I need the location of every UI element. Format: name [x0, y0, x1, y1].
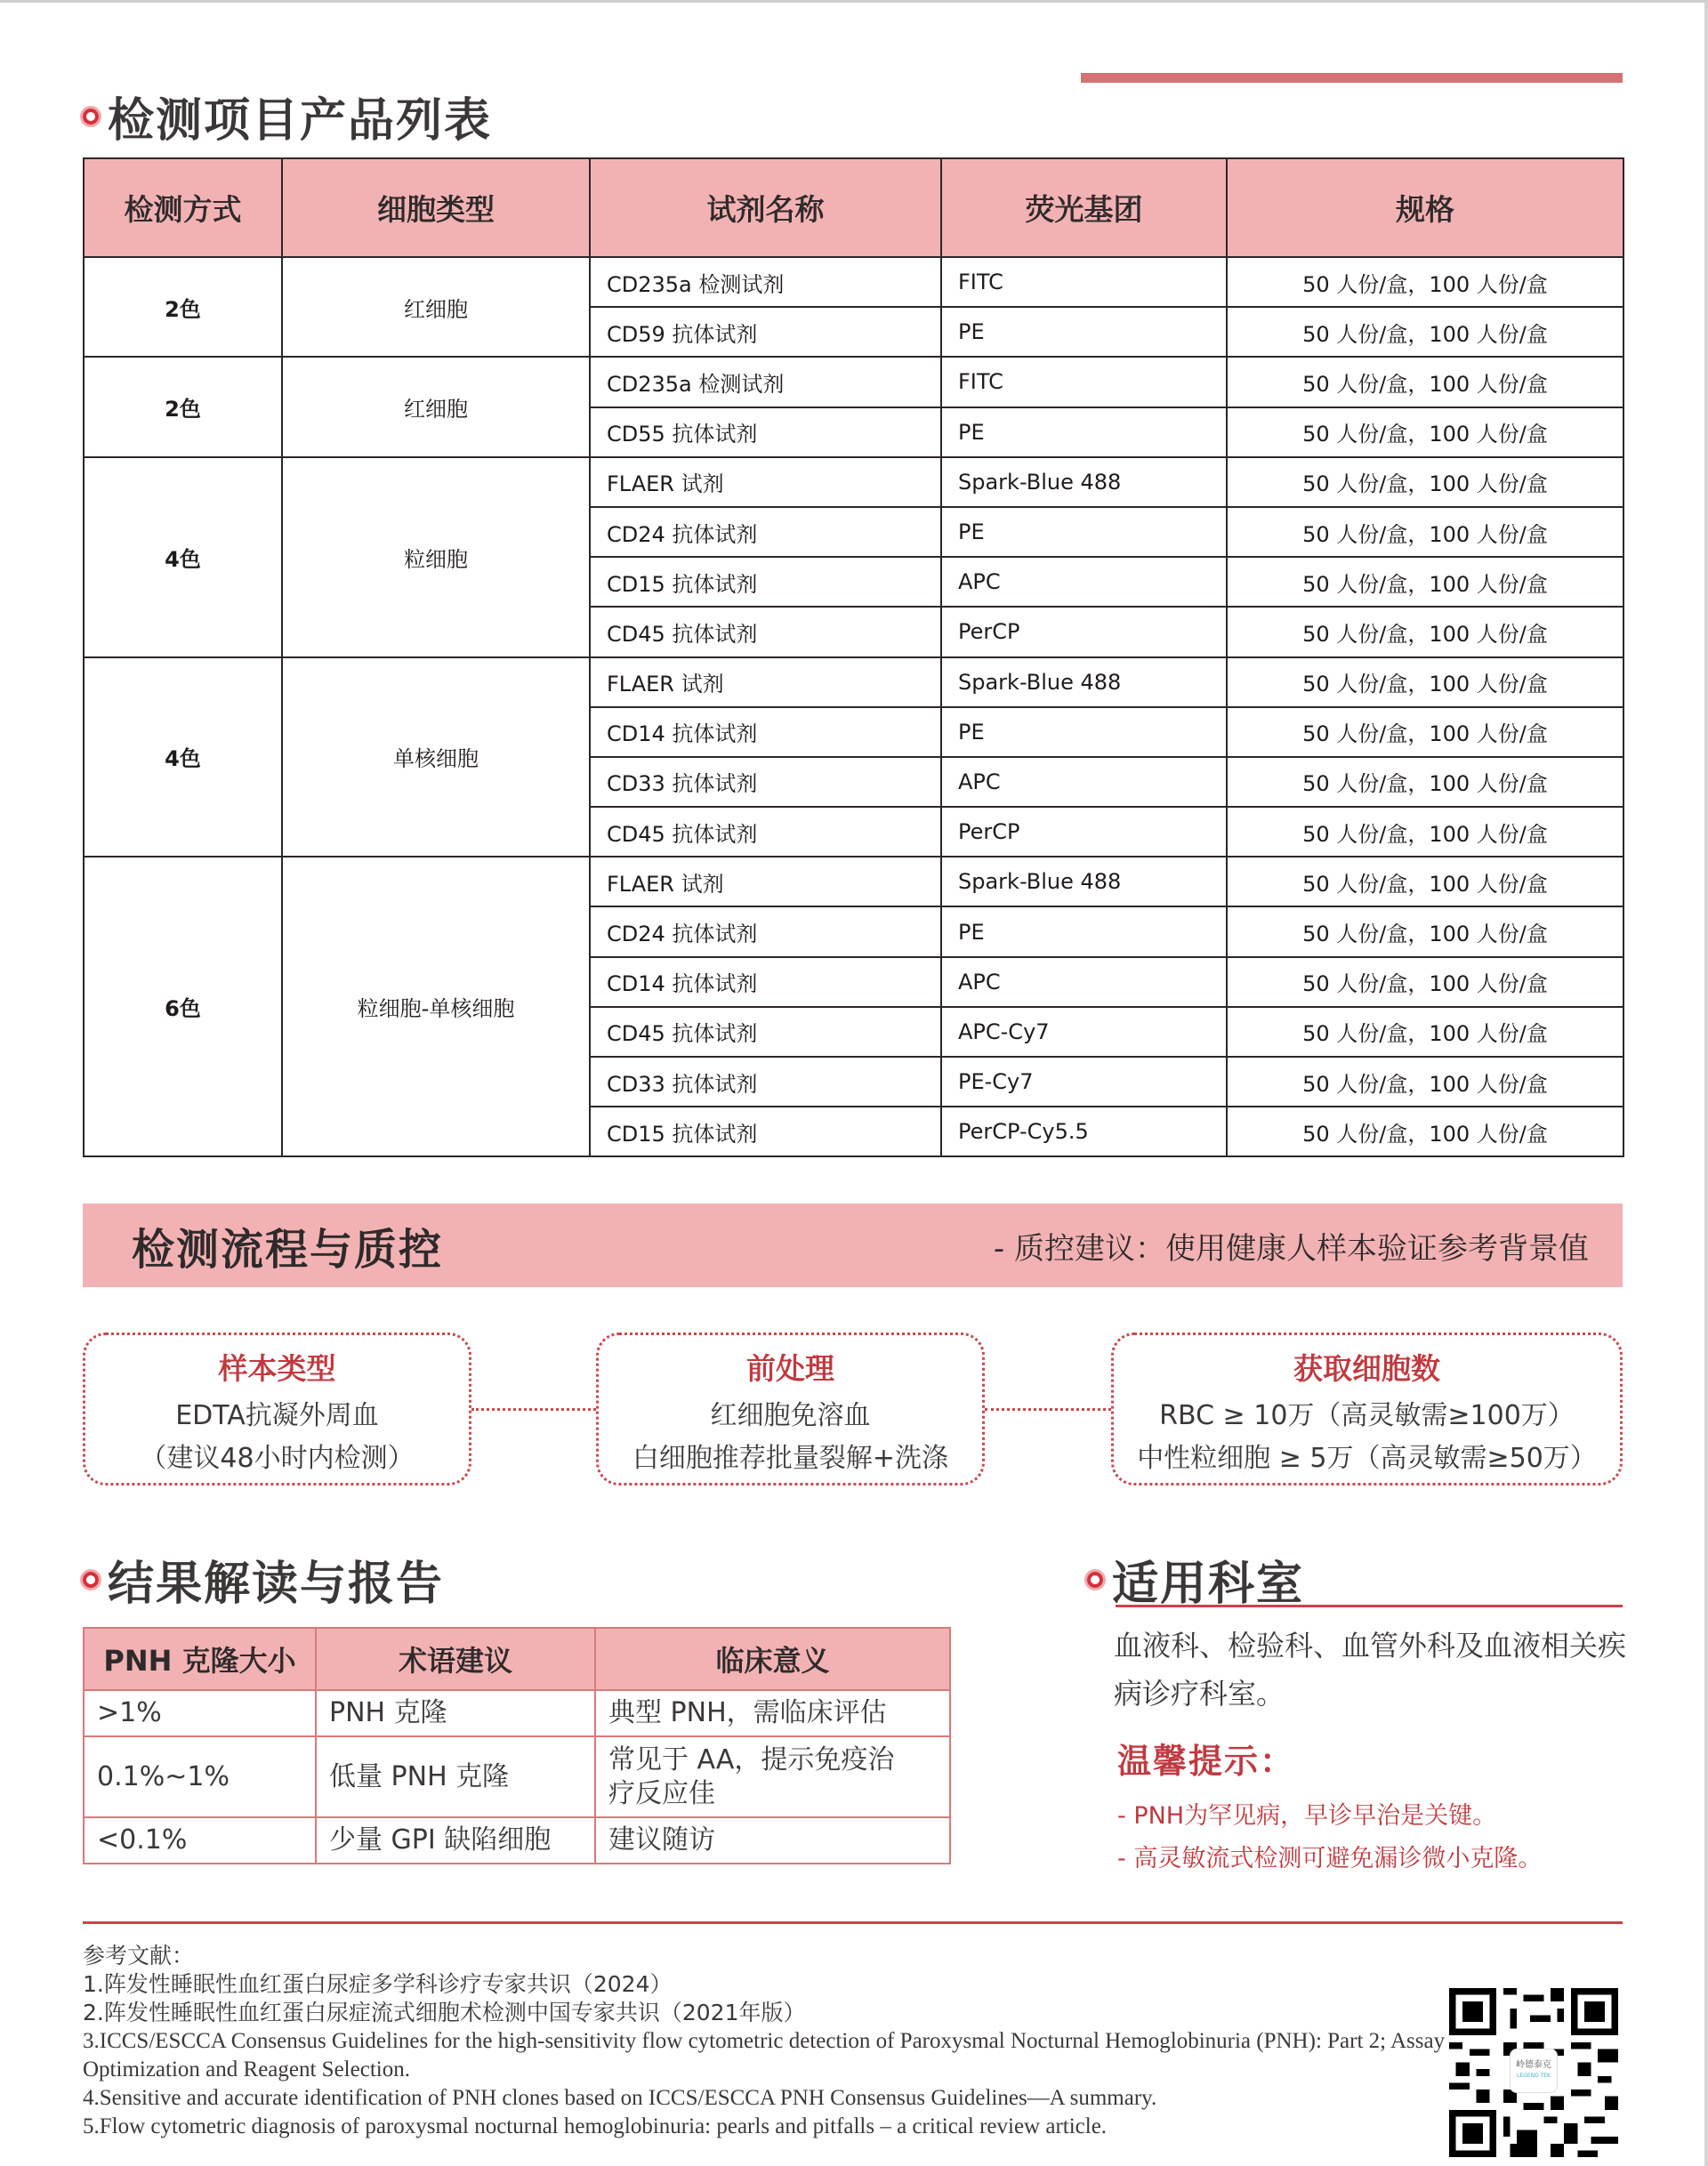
header-method: 检测方式: [84, 158, 282, 257]
table-row: 2色红细胞CD235a 检测试剂FITC50 人份/盒，100 人份/盒: [84, 357, 1623, 407]
specification: 50 人份/盒，100 人份/盒: [1227, 757, 1623, 807]
reagent-name: CD24 抗体试剂: [590, 507, 941, 557]
reagent-name: CD33 抗体试剂: [590, 1057, 941, 1107]
fluorophore: APC: [941, 757, 1227, 807]
header-fluor: 荧光基团: [941, 158, 1227, 257]
header-clone-size: PNH 克隆大小: [84, 1628, 316, 1690]
specification: 50 人份/盒，100 人份/盒: [1227, 407, 1623, 457]
step-connector: [471, 1408, 596, 1411]
cell-type: 单核细胞: [282, 657, 590, 858]
cell-type: 红细胞: [282, 257, 590, 357]
step-line: 白细胞推荐批量裂解+洗涤: [599, 1437, 982, 1480]
product-table: 检测方式 细胞类型 试剂名称 荧光基团 规格 2色红细胞CD235a 检测试剂F…: [83, 157, 1624, 1157]
specification: 50 人份/盒，100 人份/盒: [1227, 307, 1623, 357]
references: 参考文献： 1.阵发性睡眠性血红蛋白尿症多学科诊疗专家共识（2024） 2.阵发…: [83, 1942, 1453, 2141]
section-title-departments: 适用科室: [1087, 1546, 1304, 1613]
process-banner: 检测流程与质控 - 质控建议：使用健康人样本验证参考背景值: [83, 1204, 1623, 1287]
step-connector: [985, 1408, 1111, 1411]
tip-item: - 高灵敏流式检测可避免漏诊微小克隆。: [1117, 1839, 1542, 1873]
reagent-name: CD235a 检测试剂: [590, 357, 941, 407]
step-line: 红细胞免溶血: [599, 1395, 982, 1437]
reagent-name: CD45 抗体试剂: [590, 807, 941, 857]
reagent-name: CD59 抗体试剂: [590, 307, 941, 357]
section-title-results: 结果解读与报告: [83, 1546, 444, 1613]
reference-item: 4.Sensitive and accurate identification …: [83, 2084, 1453, 2113]
qr-code[interactable]: 岭德泰克 LEGEND TEK: [1449, 1988, 1618, 2157]
fluorophore: APC-Cy7: [941, 1007, 1227, 1057]
table-row: 4色粒细胞FLAER 试剂Spark-Blue 48850 人份/盒，100 人…: [84, 457, 1623, 507]
reference-item: 1.阵发性睡眠性血红蛋白尿症多学科诊疗专家共识（2024）: [83, 1970, 1453, 1999]
references-title: 参考文献：: [83, 1942, 1453, 1970]
specification: 50 人份/盒，100 人份/盒: [1227, 807, 1623, 857]
detection-method: 4色: [84, 457, 282, 657]
specification: 50 人份/盒，100 人份/盒: [1227, 906, 1623, 956]
specification: 50 人份/盒，100 人份/盒: [1227, 1107, 1623, 1156]
reagent-name: CD24 抗体试剂: [590, 906, 941, 956]
bullet-circle-icon: [83, 109, 99, 125]
bullet-circle-icon: [1087, 1572, 1103, 1588]
results-table-header: PNH 克隆大小 术语建议 临床意义: [84, 1628, 950, 1690]
term: PNH 克隆: [316, 1690, 595, 1736]
step-title: 样本类型: [85, 1346, 469, 1388]
fluorophore: PE: [941, 507, 1227, 557]
reference-item: 3.ICCS/ESCCA Consensus Guidelines for th…: [83, 2027, 1453, 2084]
step-line: RBC ≥ 10万（高灵敏需≥100万）: [1114, 1395, 1620, 1437]
header-reagent: 试剂名称: [590, 158, 941, 257]
step-pretreatment: 前处理 红细胞免溶血 白细胞推荐批量裂解+洗涤: [596, 1333, 985, 1486]
clinical-meaning: 建议随访: [595, 1817, 950, 1864]
specification: 50 人份/盒，100 人份/盒: [1227, 1057, 1623, 1107]
qc-note: - 质控建议：使用健康人样本验证参考背景值: [994, 1224, 1589, 1268]
departments-title: 适用科室: [1112, 1546, 1304, 1613]
specification: 50 人份/盒，100 人份/盒: [1227, 507, 1623, 557]
fluorophore: Spark-Blue 488: [941, 657, 1227, 707]
reference-item: 2.阵发性睡眠性血红蛋白尿症流式细胞术检测中国专家共识（2021年版）: [83, 1999, 1453, 2027]
table-row: >1% PNH 克隆 典型 PNH，需临床评估: [84, 1690, 950, 1736]
specification: 50 人份/盒，100 人份/盒: [1227, 1007, 1623, 1057]
reagent-name: CD15 抗体试剂: [590, 1107, 941, 1156]
fluorophore: PerCP-Cy5.5: [941, 1107, 1227, 1156]
fluorophore: FITC: [941, 257, 1227, 307]
specification: 50 人份/盒，100 人份/盒: [1227, 607, 1623, 656]
reagent-name: CD14 抗体试剂: [590, 957, 941, 1007]
header-cell-type: 细胞类型: [282, 158, 590, 257]
section-title-products: 检测项目产品列表: [83, 83, 492, 149]
clinical-meaning: 常见于 AA，提示免疫治疗反应佳: [595, 1736, 950, 1817]
decorative-top-bar: [1081, 73, 1623, 83]
tip-item: - PNH为罕见病，早诊早治是关键。: [1117, 1796, 1496, 1831]
table-row: <0.1% 少量 GPI 缺陷细胞 建议随访: [84, 1817, 950, 1864]
tips-title: 温馨提示：: [1117, 1734, 1295, 1783]
logo-en: LEGEND TEK: [1511, 2071, 1557, 2081]
step-title: 获取细胞数: [1114, 1346, 1620, 1388]
bullet-circle-icon: [83, 1572, 99, 1588]
page: 检测项目产品列表 检测方式 细胞类型 试剂名称 荧光基团 规格 2色红细胞CD2…: [0, 0, 1708, 2166]
step-sample-type: 样本类型 EDTA抗凝外周血 （建议48小时内检测）: [83, 1333, 471, 1486]
fluorophore: PE: [941, 307, 1227, 357]
reagent-name: FLAER 试剂: [590, 457, 941, 507]
cell-type: 粒细胞: [282, 457, 590, 657]
product-table-header: 检测方式 细胞类型 试剂名称 荧光基团 规格: [84, 158, 1623, 257]
step-line: （建议48小时内检测）: [85, 1437, 469, 1480]
fluorophore: PerCP: [941, 607, 1227, 656]
reagent-name: CD235a 检测试剂: [590, 257, 941, 307]
table-row: 0.1%~1% 低量 PNH 克隆 常见于 AA，提示免疫治疗反应佳: [84, 1736, 950, 1817]
clinical-meaning: 典型 PNH，需临床评估: [595, 1690, 950, 1736]
reagent-name: FLAER 试剂: [590, 657, 941, 707]
fluorophore: APC: [941, 557, 1227, 607]
detection-method: 2色: [84, 257, 282, 357]
table-row: 2色红细胞CD235a 检测试剂FITC50 人份/盒，100 人份/盒: [84, 257, 1623, 307]
fluorophore: PE-Cy7: [941, 1057, 1227, 1107]
reagent-name: FLAER 试剂: [590, 857, 941, 906]
fluorophore: PE: [941, 407, 1227, 457]
reagent-name: CD15 抗体试剂: [590, 557, 941, 607]
detection-method: 2色: [84, 357, 282, 456]
specification: 50 人份/盒，100 人份/盒: [1227, 557, 1623, 607]
header-clinical: 临床意义: [595, 1628, 950, 1690]
cell-type: 红细胞: [282, 357, 590, 456]
step-line: 中性粒细胞 ≥ 5万（高灵敏需≥50万）: [1114, 1437, 1620, 1480]
cell-type: 粒细胞-单核细胞: [282, 857, 590, 1156]
logo-cn: 岭德泰克: [1511, 2060, 1557, 2071]
reagent-name: CD33 抗体试剂: [590, 757, 941, 807]
term: 少量 GPI 缺陷细胞: [316, 1817, 595, 1864]
step-cell-count: 获取细胞数 RBC ≥ 10万（高灵敏需≥100万） 中性粒细胞 ≥ 5万（高灵…: [1111, 1333, 1623, 1486]
divider: [1116, 1605, 1623, 1607]
departments-text: 血液科、检验科、血管外科及血液相关疾病诊疗科室。: [1114, 1622, 1630, 1718]
detection-method: 6色: [84, 857, 282, 1156]
specification: 50 人份/盒，100 人份/盒: [1227, 657, 1623, 707]
fluorophore: PE: [941, 906, 1227, 956]
divider: [83, 1921, 1623, 1924]
fluorophore: Spark-Blue 488: [941, 457, 1227, 507]
step-line: EDTA抗凝外周血: [85, 1395, 469, 1437]
term: 低量 PNH 克隆: [316, 1736, 595, 1817]
clone-size: <0.1%: [84, 1817, 316, 1864]
reference-item: 5.Flow cytometric diagnosis of paroxysma…: [83, 2113, 1453, 2141]
reagent-name: CD45 抗体试剂: [590, 607, 941, 656]
specification: 50 人份/盒，100 人份/盒: [1227, 957, 1623, 1007]
specification: 50 人份/盒，100 人份/盒: [1227, 857, 1623, 906]
results-table: PNH 克隆大小 术语建议 临床意义 >1% PNH 克隆 典型 PNH，需临床…: [83, 1627, 951, 1864]
table-row: 6色粒细胞-单核细胞FLAER 试剂Spark-Blue 48850 人份/盒，…: [84, 857, 1623, 906]
header-term: 术语建议: [316, 1628, 595, 1690]
specification: 50 人份/盒，100 人份/盒: [1227, 457, 1623, 507]
brand-logo: 岭德泰克 LEGEND TEK: [1510, 2049, 1558, 2093]
fluorophore: PerCP: [941, 807, 1227, 857]
clone-size: >1%: [84, 1690, 316, 1736]
specification: 50 人份/盒，100 人份/盒: [1227, 257, 1623, 307]
specification: 50 人份/盒，100 人份/盒: [1227, 707, 1623, 757]
fluorophore: FITC: [941, 357, 1227, 407]
reagent-name: CD14 抗体试剂: [590, 707, 941, 757]
results-title: 结果解读与报告: [108, 1546, 444, 1613]
reagent-name: CD45 抗体试剂: [590, 1007, 941, 1057]
clone-size: 0.1%~1%: [84, 1736, 316, 1817]
table-row: 4色单核细胞FLAER 试剂Spark-Blue 48850 人份/盒，100 …: [84, 657, 1623, 707]
fluorophore: Spark-Blue 488: [941, 857, 1227, 906]
products-title: 检测项目产品列表: [108, 83, 492, 149]
fluorophore: PE: [941, 707, 1227, 757]
fluorophore: APC: [941, 957, 1227, 1007]
process-title: 检测流程与质控: [132, 1215, 443, 1276]
header-spec: 规格: [1227, 158, 1623, 257]
detection-method: 4色: [84, 657, 282, 858]
step-title: 前处理: [599, 1346, 982, 1388]
specification: 50 人份/盒，100 人份/盒: [1227, 357, 1623, 407]
reagent-name: CD55 抗体试剂: [590, 407, 941, 457]
